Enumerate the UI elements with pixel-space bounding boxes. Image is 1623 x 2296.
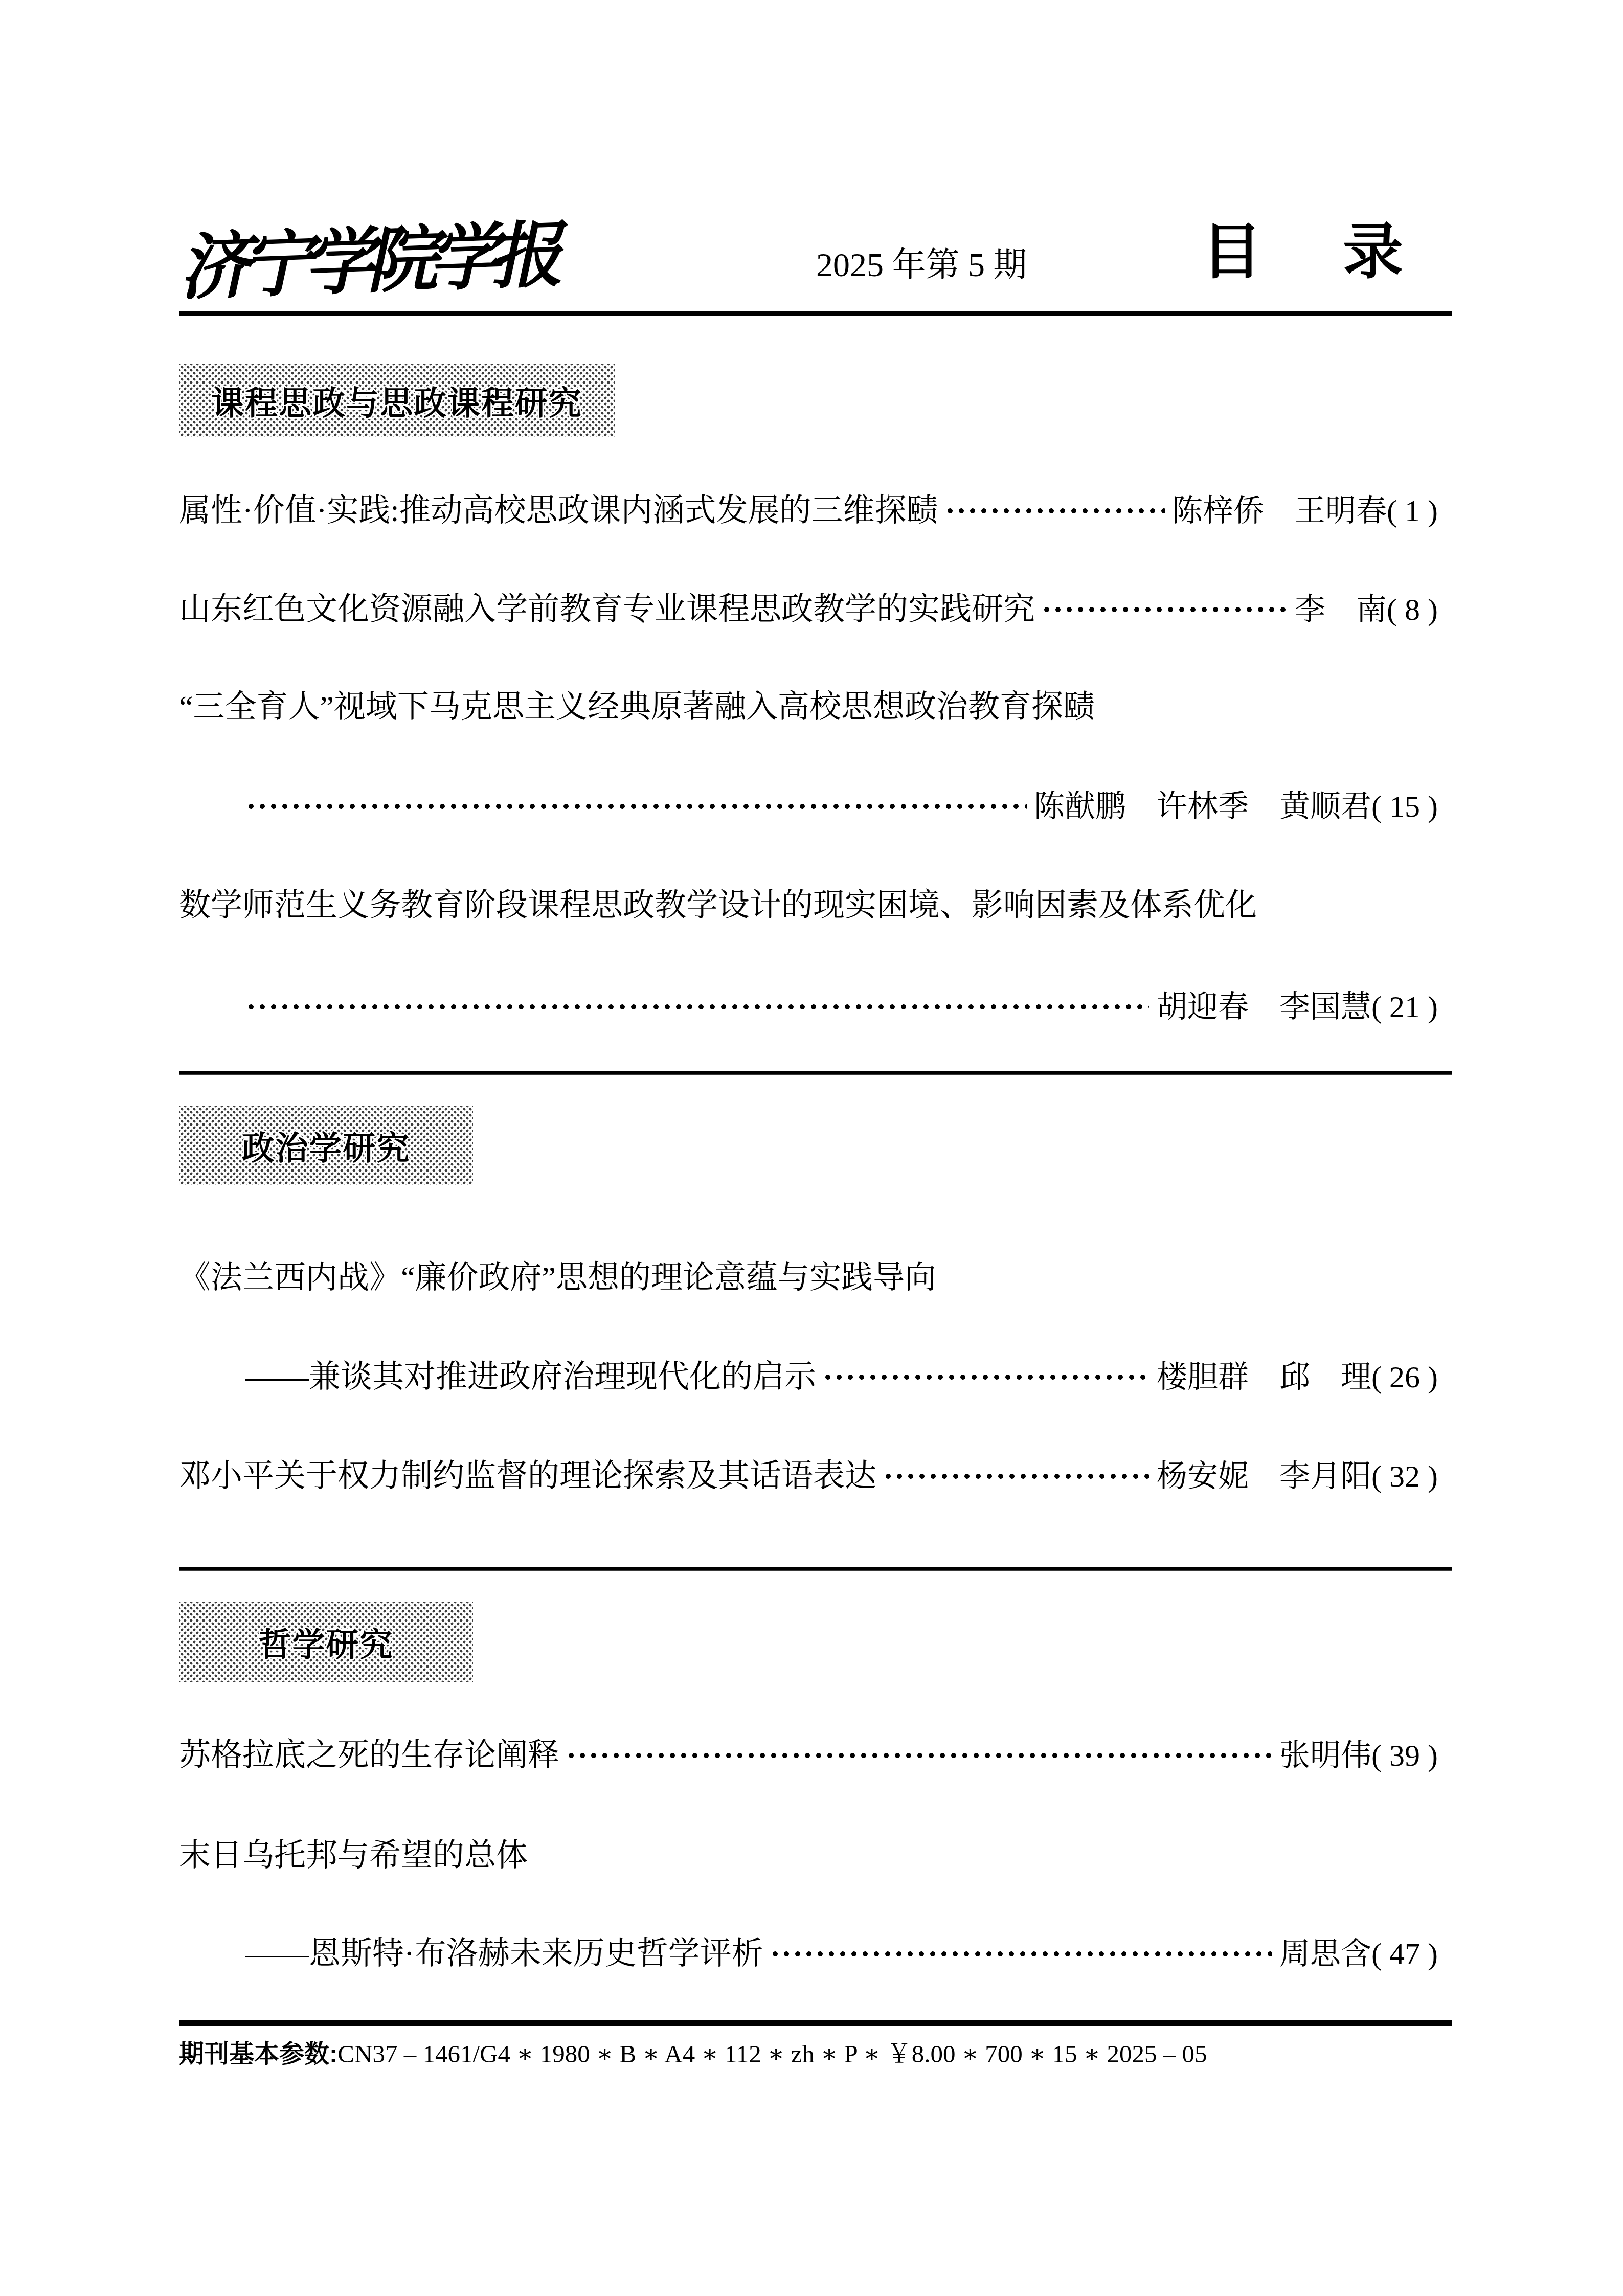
article-authors: 陈猷鹏 许林季 黄顺君 [1034, 787, 1371, 825]
journal-parameters-value: CN37 – 1461/G4 ∗ 1980 ∗ B ∗ A4 ∗ 112 ∗ z… [337, 2040, 1207, 2068]
dotted-leader [1041, 604, 1288, 615]
article-page-number: ( 8 ) [1387, 591, 1438, 628]
toc-entry-title-line: 末日乌托邦与希望的总体 [179, 1837, 1452, 1875]
dotted-leader [944, 505, 1165, 516]
section-divider [179, 1567, 1452, 1571]
article-authors: 李 南 [1295, 591, 1387, 628]
dotted-leader [883, 1471, 1149, 1482]
article-title: 属性·价值·实践:推动高校思政课内涵式发展的三维探赜 [179, 492, 938, 530]
section-header-kechengsizheng: 课程思政与思政课程研究 [179, 364, 615, 437]
section-header-zhengzhixue: 政治学研究 [179, 1106, 473, 1185]
toc-entry: 属性·价值·实践:推动高校思政课内涵式发展的三维探赜 陈梓侨 王明春 ( 1 ) [179, 492, 1452, 530]
article-authors: 周思含 [1279, 1935, 1371, 1973]
article-authors: 张明伟 [1279, 1737, 1371, 1774]
article-title: 邓小平关于权力制约监督的理论探索及其话语表达 [179, 1457, 876, 1495]
dotted-leader [245, 1001, 1149, 1012]
section-divider [179, 1071, 1452, 1075]
section-title: 哲学研究 [259, 1618, 394, 1665]
article-title: 末日乌托邦与希望的总体 [179, 1837, 528, 1875]
toc-entry-title-line: “三全育人”视域下马克思主义经典原著融入高校思想政治教育探赜 [179, 688, 1452, 726]
toc-entry-continuation: ——兼谈其对推进政府治理现代化的启示 楼胆群 邱 理 ( 26 ) [179, 1358, 1452, 1396]
dotted-leader [770, 1948, 1272, 1960]
article-page-number: ( 1 ) [1387, 492, 1438, 530]
article-subtitle: ——恩斯特·布洛赫未来历史哲学评析 [245, 1935, 763, 1973]
article-title: 数学师范生义务教育阶段课程思政教学设计的现实困境、影响因素及体系优化 [179, 887, 1257, 925]
toc-entry: 邓小平关于权力制约监督的理论探索及其话语表达 杨安妮 李月阳 ( 32 ) [179, 1457, 1452, 1495]
article-title: 苏格拉底之死的生存论阐释 [179, 1737, 559, 1774]
journal-parameters: 期刊基本参数:CN37 – 1461/G4 ∗ 1980 ∗ B ∗ A4 ∗ … [179, 2038, 1452, 2070]
footer-double-rule [179, 2020, 1452, 2026]
article-authors: 杨安妮 李月阳 [1157, 1457, 1371, 1495]
journal-parameters-label: 期刊基本参数: [179, 2040, 337, 2068]
article-page-number: ( 39 ) [1371, 1737, 1438, 1774]
article-page-number: ( 47 ) [1371, 1935, 1438, 1973]
article-subtitle: ——兼谈其对推进政府治理现代化的启示 [245, 1358, 816, 1396]
section-header-zhexue: 哲学研究 [179, 1602, 473, 1682]
section-title: 政治学研究 [242, 1122, 411, 1169]
section-title: 课程思政与思政课程研究 [211, 377, 582, 424]
contents-title: 目 录 [1202, 220, 1452, 285]
article-title: “三全育人”视域下马克思主义经典原著融入高校思想政治教育探赜 [179, 688, 1095, 726]
toc-entry-continuation: 陈猷鹏 许林季 黄顺君 ( 15 ) [179, 787, 1452, 825]
article-page-number: ( 32 ) [1371, 1457, 1438, 1495]
toc-entry: 苏格拉底之死的生存论阐释 张明伟 ( 39 ) [179, 1737, 1452, 1774]
toc-entry-continuation: 胡迎春 李国慧 ( 21 ) [179, 988, 1452, 1026]
dotted-leader [822, 1371, 1149, 1383]
journal-logotype: 济宁学院学报 [177, 212, 599, 312]
article-authors: 楼胆群 邱 理 [1157, 1358, 1371, 1396]
toc-entry-title-line: 数学师范生义务教育阶段课程思政教学设计的现实困境、影响因素及体系优化 [179, 887, 1452, 925]
toc-entry-continuation: ——恩斯特·布洛赫未来历史哲学评析 周思含 ( 47 ) [179, 1935, 1452, 1973]
toc-entry: 山东红色文化资源融入学前教育专业课程思政教学的实践研究 李 南 ( 8 ) [179, 591, 1452, 628]
article-page-number: ( 26 ) [1371, 1358, 1438, 1396]
toc-entry-title-line: 《法兰西内战》“廉价政府”思想的理论意蕴与实践导向 [179, 1259, 1452, 1297]
header-rule [179, 311, 1452, 316]
journal-toc-page: 济宁学院学报 2025 年第 5 期 目 录 课程思政与思政课程研究 属性·价值… [0, 0, 1623, 2296]
article-title: 山东红色文化资源融入学前教育专业课程思政教学的实践研究 [179, 591, 1035, 628]
article-title: 《法兰西内战》“廉价政府”思想的理论意蕴与实践导向 [179, 1259, 936, 1297]
dotted-leader [245, 801, 1027, 812]
dotted-leader [566, 1750, 1272, 1761]
issue-label: 2025 年第 5 期 [816, 246, 1174, 284]
article-page-number: ( 15 ) [1371, 787, 1438, 825]
article-page-number: ( 21 ) [1371, 988, 1438, 1026]
article-authors: 陈梓侨 王明春 [1172, 492, 1387, 530]
article-authors: 胡迎春 李国慧 [1157, 988, 1371, 1026]
